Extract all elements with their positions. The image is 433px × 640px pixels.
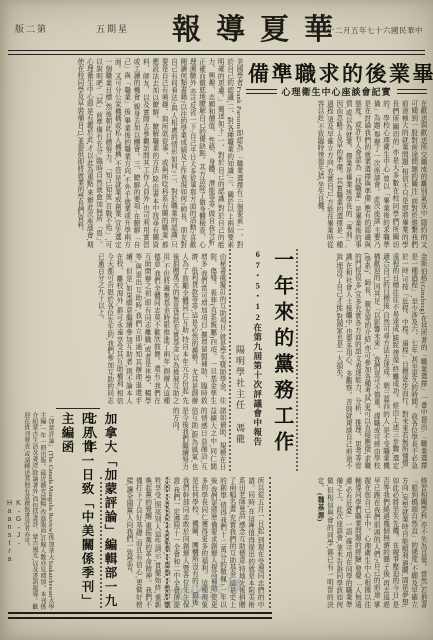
- article2-headline: 一年來的黨務工作: [270, 249, 293, 471]
- article1-headline: 備準職求的後業畢: [248, 58, 433, 88]
- masthead-date: 日六十二月五年七十六國民華中: [311, 25, 423, 36]
- article1-body-ending: 修習相關學科,亦不失為良策。當然,若抱著「船到橋頭自然直」的態度,不願及早確立方…: [273, 477, 427, 608]
- article2-body-first: 由秘書處擬訂的互助項目:就是學生獎助學金、住院、傷殘、喪葬(直系親屬)四項。一旦…: [8, 253, 226, 404]
- section-divider-middle: [166, 477, 168, 608]
- article1-body-opening: 在歡送與歡送所交織成的離別氣氛中,隱約的又可聞到一股對前途問題的關注,面對於維繫…: [247, 100, 427, 248]
- letter-author-signature: K・G・J・Haanstra: [6, 500, 23, 600]
- article1-byline: (魏基源): [316, 493, 323, 522]
- article1-subtitle-row: 心理衛生中心座談會記實: [246, 85, 427, 98]
- article1-body-middle: 金斯伯格(Ginzberg)在其所著的「職業選擇」一書中提出:「職業選擇是一種過…: [320, 253, 427, 469]
- subtitle-rule-right: [397, 89, 428, 94]
- article2-subtitle: 67・5・12在第九屆第十次評議會中報告: [251, 249, 264, 471]
- masthead-divider-rule: [8, 50, 425, 55]
- masthead-edition: 版二第: [15, 22, 48, 35]
- article1-ending-text: 修習相關學科,亦不失為良策。當然,若抱著「船到橋頭自然直」的態度,不願及早確立方…: [316, 477, 426, 608]
- newspaper-page: 版二第 五期星 報導夏華 日六十二月五年七十六國民華中 備準職求的後業畢 心理衛…: [0, 0, 433, 640]
- article2-headline-block: 一年來的黨務工作 67・5・12在第九屆第十次評議會中報告 陽明學社主任 馮龍: [229, 249, 298, 471]
- letter-note: 「加蒙評論」(The Canada Mongolia Review)係加拿大Sa…: [21, 412, 54, 610]
- letter-headline-line2: 四月廿一日致「中美關係季刊」主編函: [57, 412, 97, 610]
- section-divider-right: [269, 477, 271, 608]
- letter-headline-top-rule: [56, 408, 100, 409]
- masthead-weekday: 五期星: [96, 22, 129, 35]
- article2-author: 陽明學社主任 馮龍: [234, 249, 247, 471]
- article2-body-first-cont: 諸如補助、規模在日益擴大之中,同仁間的情感日益融洽,互信互助,蔚為風氣,也是今後…: [104, 407, 226, 470]
- article1-body-left: 美國學者Frank Parsons即認為:「職業選擇有三個要素:一、對於自己的認…: [8, 58, 243, 248]
- bottom-divider-rule: [8, 612, 272, 619]
- article1-subtitle: 心理衛生中心座談會記實: [282, 85, 392, 98]
- subtitle-rule-left: [246, 89, 277, 94]
